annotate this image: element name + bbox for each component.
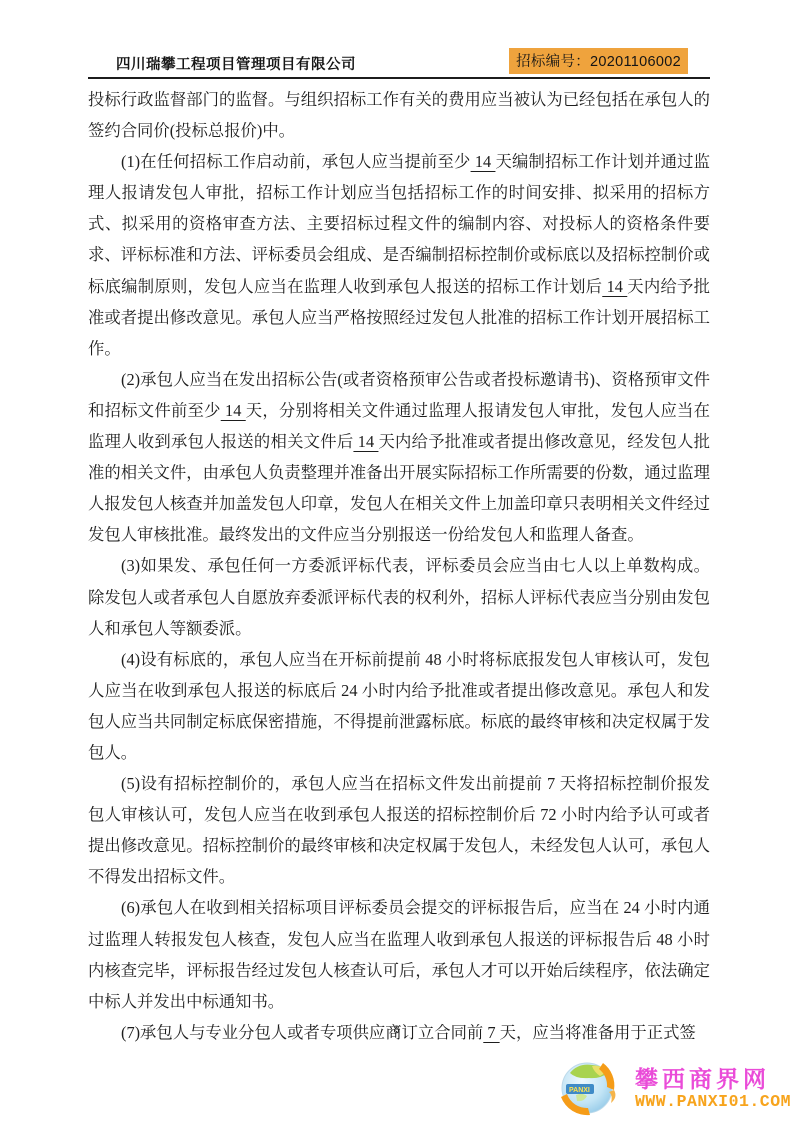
underlined-value: 14 [353, 432, 378, 451]
site-name: 攀西商界网 [635, 1066, 770, 1092]
header-divider [88, 77, 710, 79]
company-name: 四川瑞攀工程项目管理项目有限公司 [88, 53, 356, 74]
underlined-value: 14 [471, 152, 496, 171]
text-run: (5)设有招标控制价的，承包人应当在招标文件发出前提前 7 天将招标控制价报发包… [88, 774, 710, 886]
watermark: PANXI 攀西商界网 WWW.PANXI01.COM [556, 1059, 791, 1117]
doc-number-badge: 招标编号：20201106002 [509, 48, 688, 74]
paragraph: (3)如果发、承包任何一方委派评标代表，评标委员会应当由七人以上单数构成。除发包… [88, 550, 710, 643]
watermark-text: 攀西商界网 WWW.PANXI01.COM [635, 1066, 791, 1111]
paragraph: (5)设有招标控制价的，承包人应当在招标文件发出前提前 7 天将招标控制价报发包… [88, 768, 710, 892]
paragraph: (1)在任何招标工作启动前，承包人应当提前至少 14 天编制招标工作计划并通过监… [88, 146, 710, 364]
text-run: (6)承包人在收到相关招标项目评标委员会提交的评标报告后，应当在 24 小时内通… [88, 898, 710, 1010]
page-header: 四川瑞攀工程项目管理项目有限公司 招标编号：20201106002 [88, 48, 710, 74]
site-url: WWW.PANXI01.COM [635, 1092, 791, 1111]
underlined-value: 14 [221, 401, 246, 420]
text-run: 投标行政监督部门的监督。与组织招标工作有关的费用应当被认为已经包括在承包人的签约… [88, 90, 710, 140]
document-page: 四川瑞攀工程项目管理项目有限公司 招标编号：20201106002 投标行政监督… [0, 0, 793, 1122]
text-run: (3)如果发、承包任何一方委派评标代表，评标委员会应当由七人以上单数构成。除发包… [88, 556, 710, 637]
document-body: 投标行政监督部门的监督。与组织招标工作有关的费用应当被认为已经包括在承包人的签约… [88, 84, 710, 1048]
paragraph: (6)承包人在收到相关招标项目评标委员会提交的评标报告后，应当在 24 小时内通… [88, 892, 710, 1016]
logo-text: PANXI [569, 1087, 590, 1094]
paragraph: (4)设有标底的，承包人应当在开标前提前 48 小时将标底报发包人审核认可，发包… [88, 644, 710, 768]
text-run: 天编制招标工作计划并通过监理人报请发包人审批，招标工作计划应当包括招标工作的时间… [88, 152, 710, 295]
text-run: (4)设有标底的，承包人应当在开标前提前 48 小时将标底报发包人审核认可，发包… [88, 650, 710, 762]
paragraph: 投标行政监督部门的监督。与组织招标工作有关的费用应当被认为已经包括在承包人的签约… [88, 84, 710, 146]
paragraph: (2)承包人应当在发出招标公告(或者资格预审公告或者投标邀请书)、资格预审文件和… [88, 364, 710, 551]
text-run: (1)在任何招标工作启动前，承包人应当提前至少 [121, 152, 471, 171]
globe-logo-icon: PANXI [556, 1059, 634, 1117]
page-number: 8 [0, 1022, 793, 1037]
underlined-value: 14 [602, 277, 627, 296]
